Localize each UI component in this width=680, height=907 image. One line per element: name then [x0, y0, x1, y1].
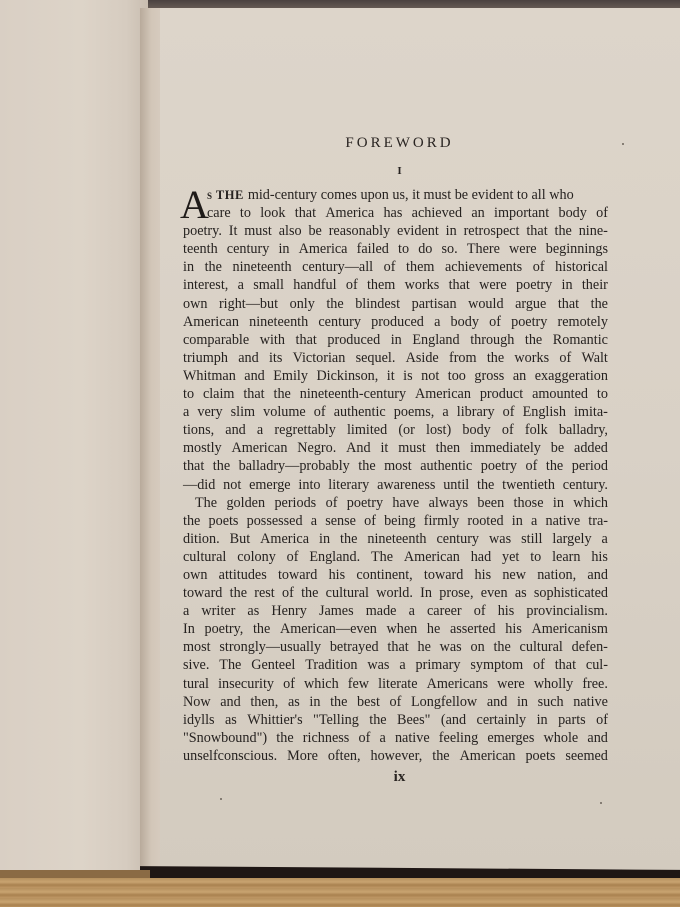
text-line: s THEmid-century comes upon us, it must … — [207, 186, 608, 204]
left-page — [0, 0, 148, 880]
page-text: FOREWORD I A s THEmid-century comes upon… — [183, 128, 608, 786]
text-line: Americannineteenthcenturyproducedabodyof… — [183, 313, 608, 331]
text-line: unselfconscious.Moreoften,however,theAme… — [183, 747, 608, 765]
text-line: towardtherestoftheculturalworld.Inprose,… — [183, 584, 608, 602]
text-line: thepoetspossessedasenseofbeingfirmlyroot… — [183, 512, 608, 530]
text-line: —didnotemergeintoliteraryawarenessuntilt… — [183, 476, 608, 494]
text-line: inthenineteenthcentury—allofthemachievem… — [183, 258, 608, 276]
text-line-content: mid-century comes upon us, it must be ev… — [248, 187, 574, 203]
text-line: averyslimvolumeofauthenticpoems,alibrary… — [183, 403, 608, 421]
small-caps-opening: s THE — [207, 188, 244, 202]
text-line: awriterasHenryJamesmadeacareerofhisprovi… — [183, 602, 608, 620]
text-line: comparablewiththatproducedinEnglandthrou… — [183, 331, 608, 349]
section-number: I — [191, 164, 608, 178]
opening-paragraph-start: A s THEmid-century comes upon us, it mus… — [183, 186, 608, 222]
text-line: thattheballadry—probablythemostauthentic… — [183, 457, 608, 475]
chapter-heading: FOREWORD — [191, 128, 608, 158]
text-line: sive.TheGenteelTraditionwasaprimarysympt… — [183, 656, 608, 674]
text-line: ownattitudestowardhiscontinent,towardhis… — [183, 566, 608, 584]
text-line: WhitmanandEmilyDickinson,itisnottoogross… — [183, 367, 608, 385]
paper-speck — [600, 802, 602, 804]
drop-cap: A — [180, 187, 209, 223]
text-line: teenthcenturyinAmericafailedtodoso.There… — [183, 240, 608, 258]
paper-speck — [622, 143, 624, 145]
text-line: interest,asmallhandfulofthemworksthatwer… — [183, 276, 608, 294]
text-line: moststrongly—usuallybetrayedthathewasont… — [183, 638, 608, 656]
paper-speck — [220, 798, 222, 800]
text-line: dition.ButAmericainthenineteenthcenturyw… — [183, 530, 608, 548]
text-line: caretolookthatAmericahasachievedanimport… — [207, 204, 608, 222]
text-line: poetry.Itmustalsobereasonablyevidentinre… — [183, 222, 608, 240]
text-line: mostlyAmericanNegro.Anditmustthenimmedia… — [183, 439, 608, 457]
text-line: "Snowbound")therichnessofanativefeelinge… — [183, 729, 608, 747]
wooden-table — [0, 878, 680, 907]
text-line-paragraph-start: Thegoldenperiodsofpoetryhavealwaysbeenth… — [183, 494, 608, 512]
text-line: turalinsecurityofwhichfewliterateAmerica… — [183, 675, 608, 693]
text-line: Inpoetry,theAmerican—evenwhenheassertedh… — [183, 620, 608, 638]
text-line: culturalcolonyofEngland.TheAmericanhadye… — [183, 548, 608, 566]
page-number: ix — [191, 769, 608, 786]
text-line: tions,andaregrettablylimited(orlost)body… — [183, 421, 608, 439]
text-line: triumphanditsVictoriansequel.Asidefromth… — [183, 349, 608, 367]
text-line: toclaimthatthenineteenth-centuryAmerican… — [183, 385, 608, 403]
text-line: idyllsasWhittier's"TellingtheBees"(andce… — [183, 711, 608, 729]
text-line: Nowandthen,asinthebestofLongfellowandins… — [183, 693, 608, 711]
text-line: ownright—butonlytheblindestpartisanwould… — [183, 295, 608, 313]
